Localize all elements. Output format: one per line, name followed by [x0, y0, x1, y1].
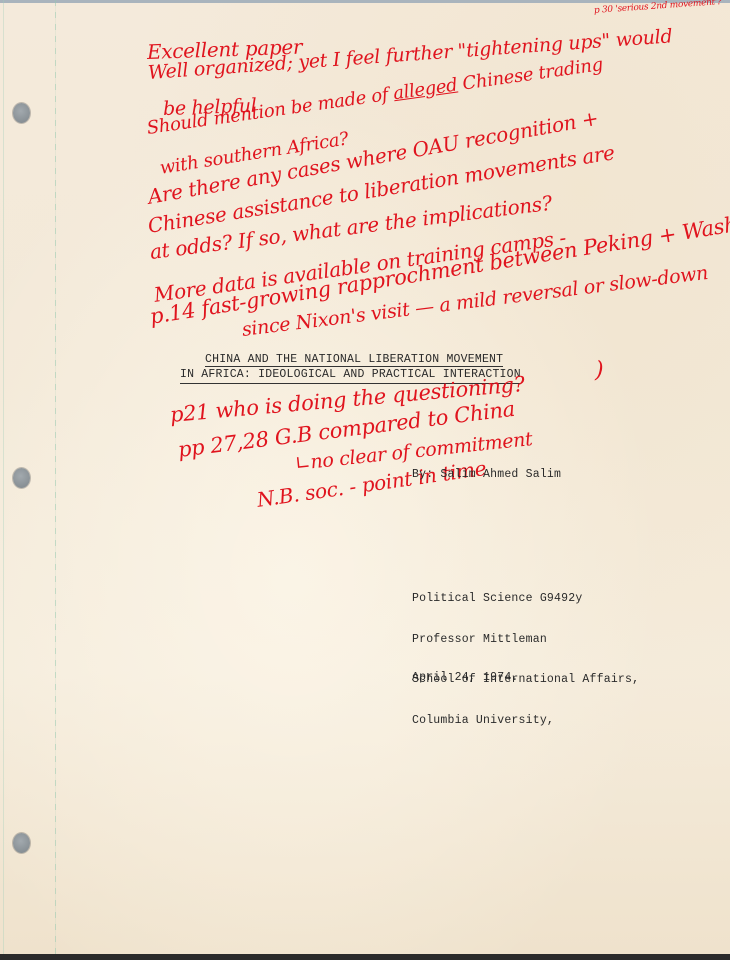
punch-hole-icon: [13, 103, 30, 123]
punch-hole-icon: [13, 833, 30, 853]
annotation-underlined-word: alleged: [392, 74, 459, 104]
title-text: CHINA AND THE NATIONAL LIBERATION MOVEME…: [205, 353, 503, 367]
affiliation-university: Columbia University,: [412, 714, 639, 728]
page-top-edge: [0, 0, 730, 3]
affiliation-course: Political Science G9492y: [412, 592, 639, 606]
document-title-line-1: CHINA AND THE NATIONAL LIBERATION MOVEME…: [205, 353, 503, 367]
affiliation-professor: Professor Mittleman: [412, 633, 639, 647]
annotation-bracket: ): [595, 358, 603, 383]
page-bottom-edge: [0, 954, 730, 957]
punch-hole-icon: [13, 468, 30, 488]
margin-rule-outer: [3, 0, 4, 957]
document-date: April 24, 1974.: [412, 671, 519, 685]
document-author: By: Salim Ahmed Salim: [412, 468, 561, 482]
document-page: p 30 'serious 2nd movement'? Excellent p…: [0, 0, 730, 957]
margin-rule: [55, 0, 56, 957]
document-affiliation: Political Science G9492y Professor Mittl…: [412, 565, 639, 754]
